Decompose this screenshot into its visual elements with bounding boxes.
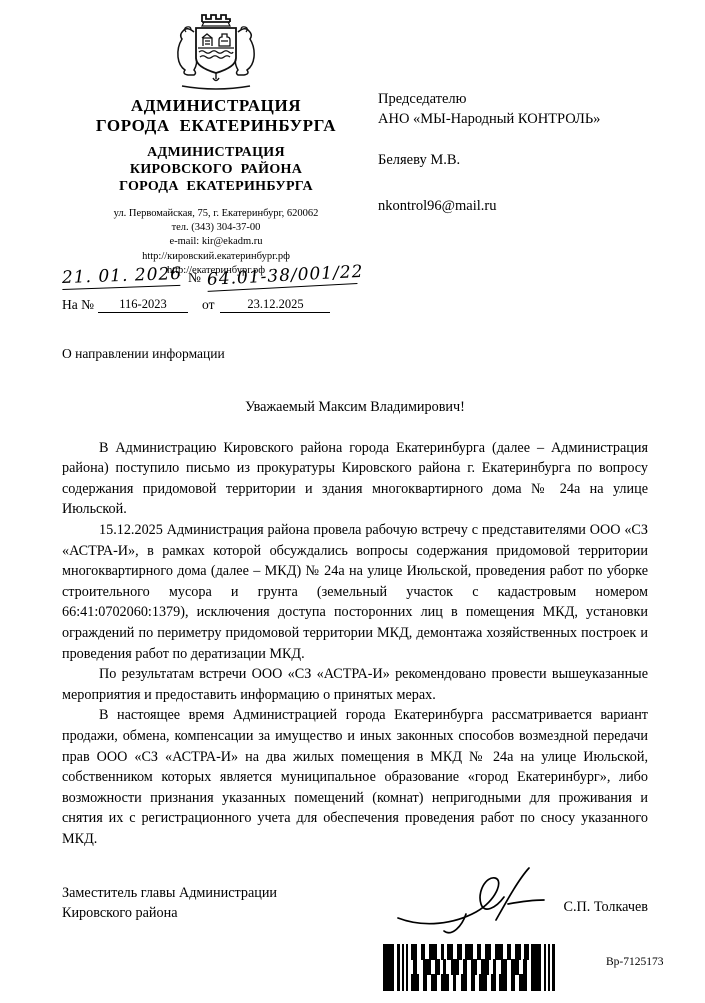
yekaterinburg-coat-of-arms-icon — [60, 10, 372, 92]
incoming-date: 23.12.2025 — [220, 297, 330, 313]
dept-title-line2: КИРОВСКОГО РАЙОНА — [60, 161, 372, 178]
org-title-line1: АДМИНИСТРАЦИЯ — [60, 96, 372, 116]
letter-page: АДМИНИСТРАЦИЯ ГОРОДА ЕКАТЕРИНБУРГА АДМИН… — [0, 0, 705, 1003]
letterhead: АДМИНИСТРАЦИЯ ГОРОДА ЕКАТЕРИНБУРГА АДМИН… — [60, 10, 372, 278]
body-paragraph-4: В настоящее время Администрацией города … — [62, 705, 648, 849]
dept-title-line3: ГОРОДА ЕКАТЕРИНБУРГА — [60, 178, 372, 195]
addressee-organization: АНО «МЫ-Народный КОНТРОЛЬ» — [378, 110, 688, 130]
signer-position-line1: Заместитель главы Администрации — [62, 884, 342, 904]
outgoing-number-handwritten: 64.01-38/001/22 — [206, 262, 357, 292]
body-paragraph-3: По результатам встречи ООО «СЗ «АСТРА-И»… — [62, 664, 648, 705]
signature-block: Заместитель главы Администрации Кировско… — [62, 884, 648, 924]
signer-position: Заместитель главы Администрации Кировско… — [62, 884, 342, 924]
email-line: e-mail: kir@ekadm.ru — [60, 235, 372, 249]
dept-title: АДМИНИСТРАЦИЯ КИРОВСКОГО РАЙОНА ГОРОДА Е… — [60, 144, 372, 195]
letter-body: Уважаемый Максим Владимирович! В Админис… — [62, 397, 648, 849]
incoming-number: 116-2023 — [98, 297, 188, 313]
outgoing-date-handwritten: 21. 01. 2026 — [62, 264, 181, 290]
dept-title-line1: АДМИНИСТРАЦИЯ — [60, 144, 372, 161]
website-district: http://кировский.екатеринбург.рф — [60, 250, 372, 264]
addressee-position: Председателю — [378, 90, 688, 110]
addressee-block: Председателю АНО «МЫ-Народный КОНТРОЛЬ» … — [378, 90, 688, 216]
salutation: Уважаемый Максим Владимирович! — [62, 397, 648, 418]
handwritten-signature — [392, 862, 562, 940]
document-code: Вр-7125173 — [606, 956, 664, 968]
body-paragraph-1: В Администрацию Кировского района города… — [62, 438, 648, 520]
from-label: от — [202, 297, 214, 313]
number-sign: № — [188, 270, 201, 286]
reply-to-label: На № — [62, 297, 94, 313]
org-title-line2: ГОРОДА ЕКАТЕРИНБУРГА — [60, 116, 372, 136]
postal-address: ул. Первомайская, 75, г. Екатеринбург, 6… — [60, 207, 372, 221]
addressee-email: nkontrol96@mail.ru — [378, 197, 688, 217]
incoming-ref-row: На № 116-2023 от 23.12.2025 — [62, 297, 382, 313]
document-barcode — [383, 944, 556, 991]
subject-line: О направлении информации — [62, 346, 225, 362]
org-title: АДМИНИСТРАЦИЯ ГОРОДА ЕКАТЕРИНБУРГА — [60, 96, 372, 137]
phone-number: тел. (343) 304-37-00 — [60, 221, 372, 235]
outgoing-ref-row: 21. 01. 2026 № 64.01-38/001/22 — [62, 266, 382, 288]
reference-block: 21. 01. 2026 № 64.01-38/001/22 На № 116-… — [62, 266, 382, 313]
body-paragraph-2: 15.12.2025 Администрация района провела … — [62, 520, 648, 664]
signer-position-line2: Кировского района — [62, 904, 342, 924]
addressee-name: Беляеву М.В. — [378, 151, 688, 171]
signer-name: С.П. Толкачев — [564, 898, 648, 918]
